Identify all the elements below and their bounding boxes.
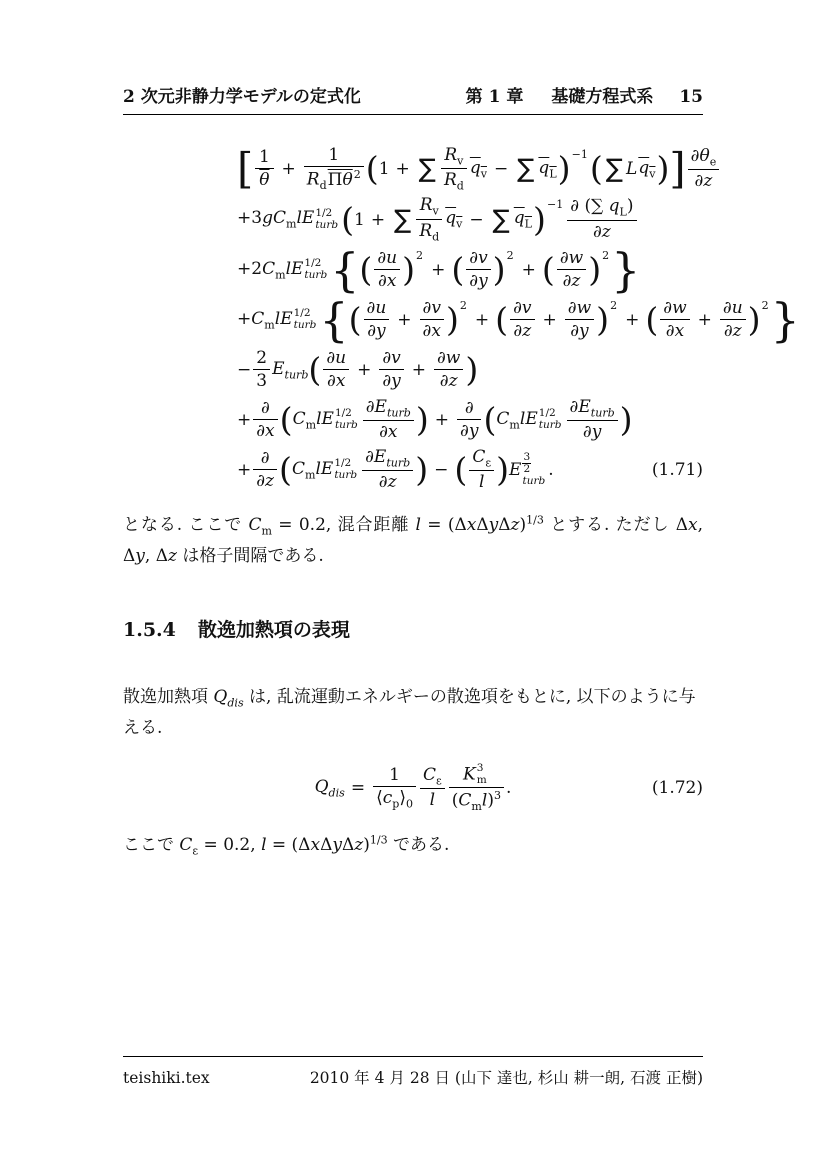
equation-1-72: Qdis=1⟨cp⟩0CεlK3m(Cml)3. (1.72) bbox=[123, 760, 703, 816]
section-number: 1.5.4 bbox=[123, 619, 176, 641]
paragraph-epsilon-constant: ここで Cε = 0.2, l = (ΔxΔyΔz)1/3 である. bbox=[123, 830, 703, 861]
header-chapter-label: 第 1 章 bbox=[466, 82, 524, 107]
footer-filename: teishiki.tex bbox=[123, 1069, 210, 1087]
document-page: 2 次元非静力学モデルの定式化 第 1 章 基礎方程式系 15 [1θ+1RdΠ… bbox=[0, 0, 826, 1169]
equation-number-1-71: (1.71) bbox=[642, 460, 703, 480]
page-header: 2 次元非静力学モデルの定式化 第 1 章 基礎方程式系 15 bbox=[123, 82, 703, 115]
equation-1-71-line-1: [1θ+1RdΠθ2(1+∑RvRdqv−∑qL)−1(∑Lqv)]∂θe∂z bbox=[123, 145, 703, 193]
header-chapter-title: 基礎方程式系 bbox=[551, 82, 653, 107]
footer-date-authors: 2010 年 4 月 28 日 (山下 達也, 杉山 耕一朗, 石渡 正樹) bbox=[310, 1066, 703, 1088]
page-number: 15 bbox=[679, 87, 703, 107]
section-title: 散逸加熱項の表現 bbox=[198, 615, 350, 642]
equation-1-71-line-4: +CmlE1/2turb{(∂u∂y+∂v∂x)2+(∂v∂z+∂w∂y)2+(… bbox=[123, 296, 703, 344]
section-heading-1-5-4: 1.5.4 散逸加熱項の表現 bbox=[123, 615, 703, 642]
page-content: 2 次元非静力学モデルの定式化 第 1 章 基礎方程式系 15 [1θ+1RdΠ… bbox=[123, 82, 703, 878]
equation-1-71-line-6: +∂∂x(CmlE1/2turb∂Eturb∂x)+∂∂y(CmlE1/2tur… bbox=[123, 396, 703, 444]
header-section-title: 2 次元非静力学モデルの定式化 bbox=[123, 82, 361, 107]
equation-1-71-line-7-math: +∂∂z(CmlE1/2turb∂Eturb∂z)−(Cεl)E32turb. bbox=[237, 447, 554, 493]
equation-1-72-math: Qdis=1⟨cp⟩0CεlK3m(Cml)3. bbox=[315, 763, 512, 813]
equation-1-71-line-2: +3gCmlE1/2turb(1+∑RvRdqv−∑qL)−1∂ (∑ qL)∂… bbox=[123, 195, 703, 243]
equation-1-71: [1θ+1RdΠθ2(1+∑RvRdqv−∑qL)−1(∑Lqv)]∂θe∂z … bbox=[123, 145, 703, 494]
paragraph-dissipation-intro: 散逸加熱項 Qdis は, 乱流運動エネルギーの散逸項をもとに, 以下のように与… bbox=[123, 682, 703, 743]
equation-1-71-line-3: +2CmlE1/2turb{(∂u∂x)2+(∂v∂y)2+(∂w∂z)2} bbox=[123, 246, 703, 294]
equation-1-71-line-7: +∂∂z(CmlE1/2turb∂Eturb∂z)−(Cεl)E32turb. … bbox=[123, 446, 703, 494]
paragraph-mixing-length: となる. ここで Cm = 0.2, 混合距離 l = (ΔxΔyΔz)1/3 … bbox=[123, 510, 703, 571]
equation-1-71-line-5: −23Eturb(∂u∂x+∂v∂y+∂w∂z) bbox=[123, 346, 703, 394]
header-right: 第 1 章 基礎方程式系 15 bbox=[466, 82, 703, 107]
page-footer: teishiki.tex 2010 年 4 月 28 日 (山下 達也, 杉山 … bbox=[123, 1056, 703, 1088]
equation-number-1-72: (1.72) bbox=[642, 778, 703, 798]
